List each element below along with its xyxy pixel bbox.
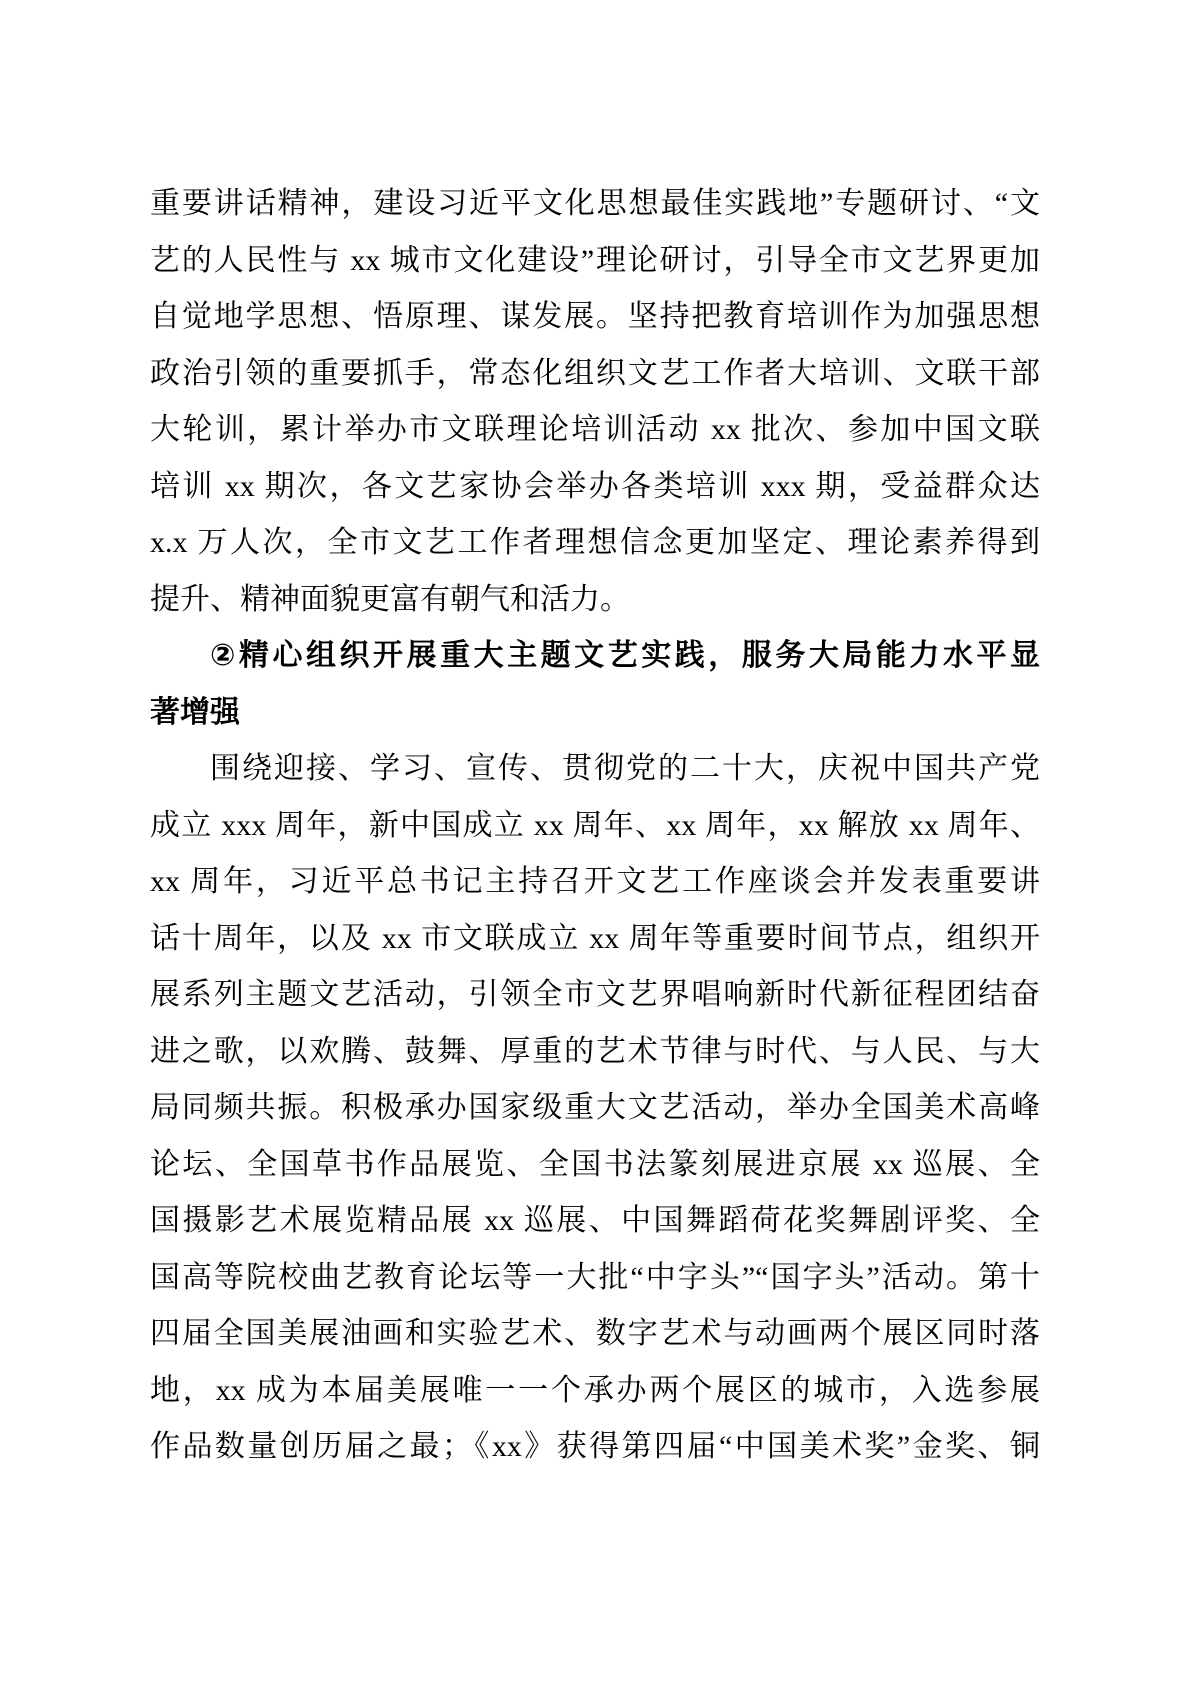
- paragraph-1: 重要讲话精神，建设习近平文化思想最佳实践地”专题研讨、“文 艺的人民性与 xx …: [150, 176, 1040, 628]
- text-line: 政治引领的重要抓手，常态化组织文艺工作者大培训、文联干部: [150, 346, 1040, 403]
- text-line: 提升、精神面貌更富有朝气和活力。: [150, 572, 1040, 629]
- text-line: 国摄影艺术展览精品展 xx 巡展、中国舞蹈荷花奖舞剧评奖、全: [150, 1193, 1040, 1250]
- text-block: 重要讲话精神，建设习近平文化思想最佳实践地”专题研讨、“文 艺的人民性与 xx …: [150, 176, 1040, 1476]
- text-line: 大轮训，累计举办市文联理论培训活动 xx 批次、参加中国文联: [150, 402, 1040, 459]
- text-line: 四届全国美展油画和实验艺术、数字艺术与动画两个展区同时落: [150, 1306, 1040, 1363]
- text-line: 进之歌，以欢腾、鼓舞、厚重的艺术节律与时代、与人民、与大: [150, 1024, 1040, 1081]
- text-line: 自觉地学思想、悟原理、谋发展。坚持把教育培训作为加强思想: [150, 289, 1040, 346]
- paragraph-2: 围绕迎接、学习、宣传、贯彻党的二十大，庆祝中国共产党 成立 xxx 周年，新中国…: [150, 741, 1040, 1476]
- text-line: 局同频共振。积极承办国家级重大文艺活动，举办全国美术高峰: [150, 1080, 1040, 1137]
- section-heading: ②精心组织开展重大主题文艺实践，服务大局能力水平显 著增强: [150, 628, 1040, 741]
- heading-line: 著增强: [150, 685, 1040, 742]
- text-line: 作品数量创历届之最；《xx》获得第四届“中国美术奖”金奖、铜: [150, 1419, 1040, 1476]
- document-page: 重要讲话精神，建设习近平文化思想最佳实践地”专题研讨、“文 艺的人民性与 xx …: [0, 0, 1190, 1683]
- text-line: x.x 万人次，全市文艺工作者理想信念更加坚定、理论素养得到: [150, 515, 1040, 572]
- text-line: 国高等院校曲艺教育论坛等一大批“中字头”“国字头”活动。第十: [150, 1250, 1040, 1307]
- text-line: xx 周年，习近平总书记主持召开文艺工作座谈会并发表重要讲: [150, 854, 1040, 911]
- text-line: 培训 xx 期次，各文艺家协会举办各类培训 xxx 期，受益群众达: [150, 459, 1040, 516]
- text-line: 话十周年，以及 xx 市文联成立 xx 周年等重要时间节点，组织开: [150, 911, 1040, 968]
- text-line: 展系列主题文艺活动，引领全市文艺界唱响新时代新征程团结奋: [150, 967, 1040, 1024]
- text-line: 艺的人民性与 xx 城市文化建设”理论研讨，引导全市文艺界更加: [150, 233, 1040, 290]
- text-line: 地，xx 成为本届美展唯一一个承办两个展区的城市，入选参展: [150, 1363, 1040, 1420]
- text-line: 成立 xxx 周年，新中国成立 xx 周年、xx 周年，xx 解放 xx 周年、: [150, 798, 1040, 855]
- heading-line: ②精心组织开展重大主题文艺实践，服务大局能力水平显: [150, 628, 1040, 685]
- text-line: 围绕迎接、学习、宣传、贯彻党的二十大，庆祝中国共产党: [150, 741, 1040, 798]
- text-line: 论坛、全国草书作品展览、全国书法篆刻展进京展 xx 巡展、全: [150, 1137, 1040, 1194]
- text-line: 重要讲话精神，建设习近平文化思想最佳实践地”专题研讨、“文: [150, 176, 1040, 233]
